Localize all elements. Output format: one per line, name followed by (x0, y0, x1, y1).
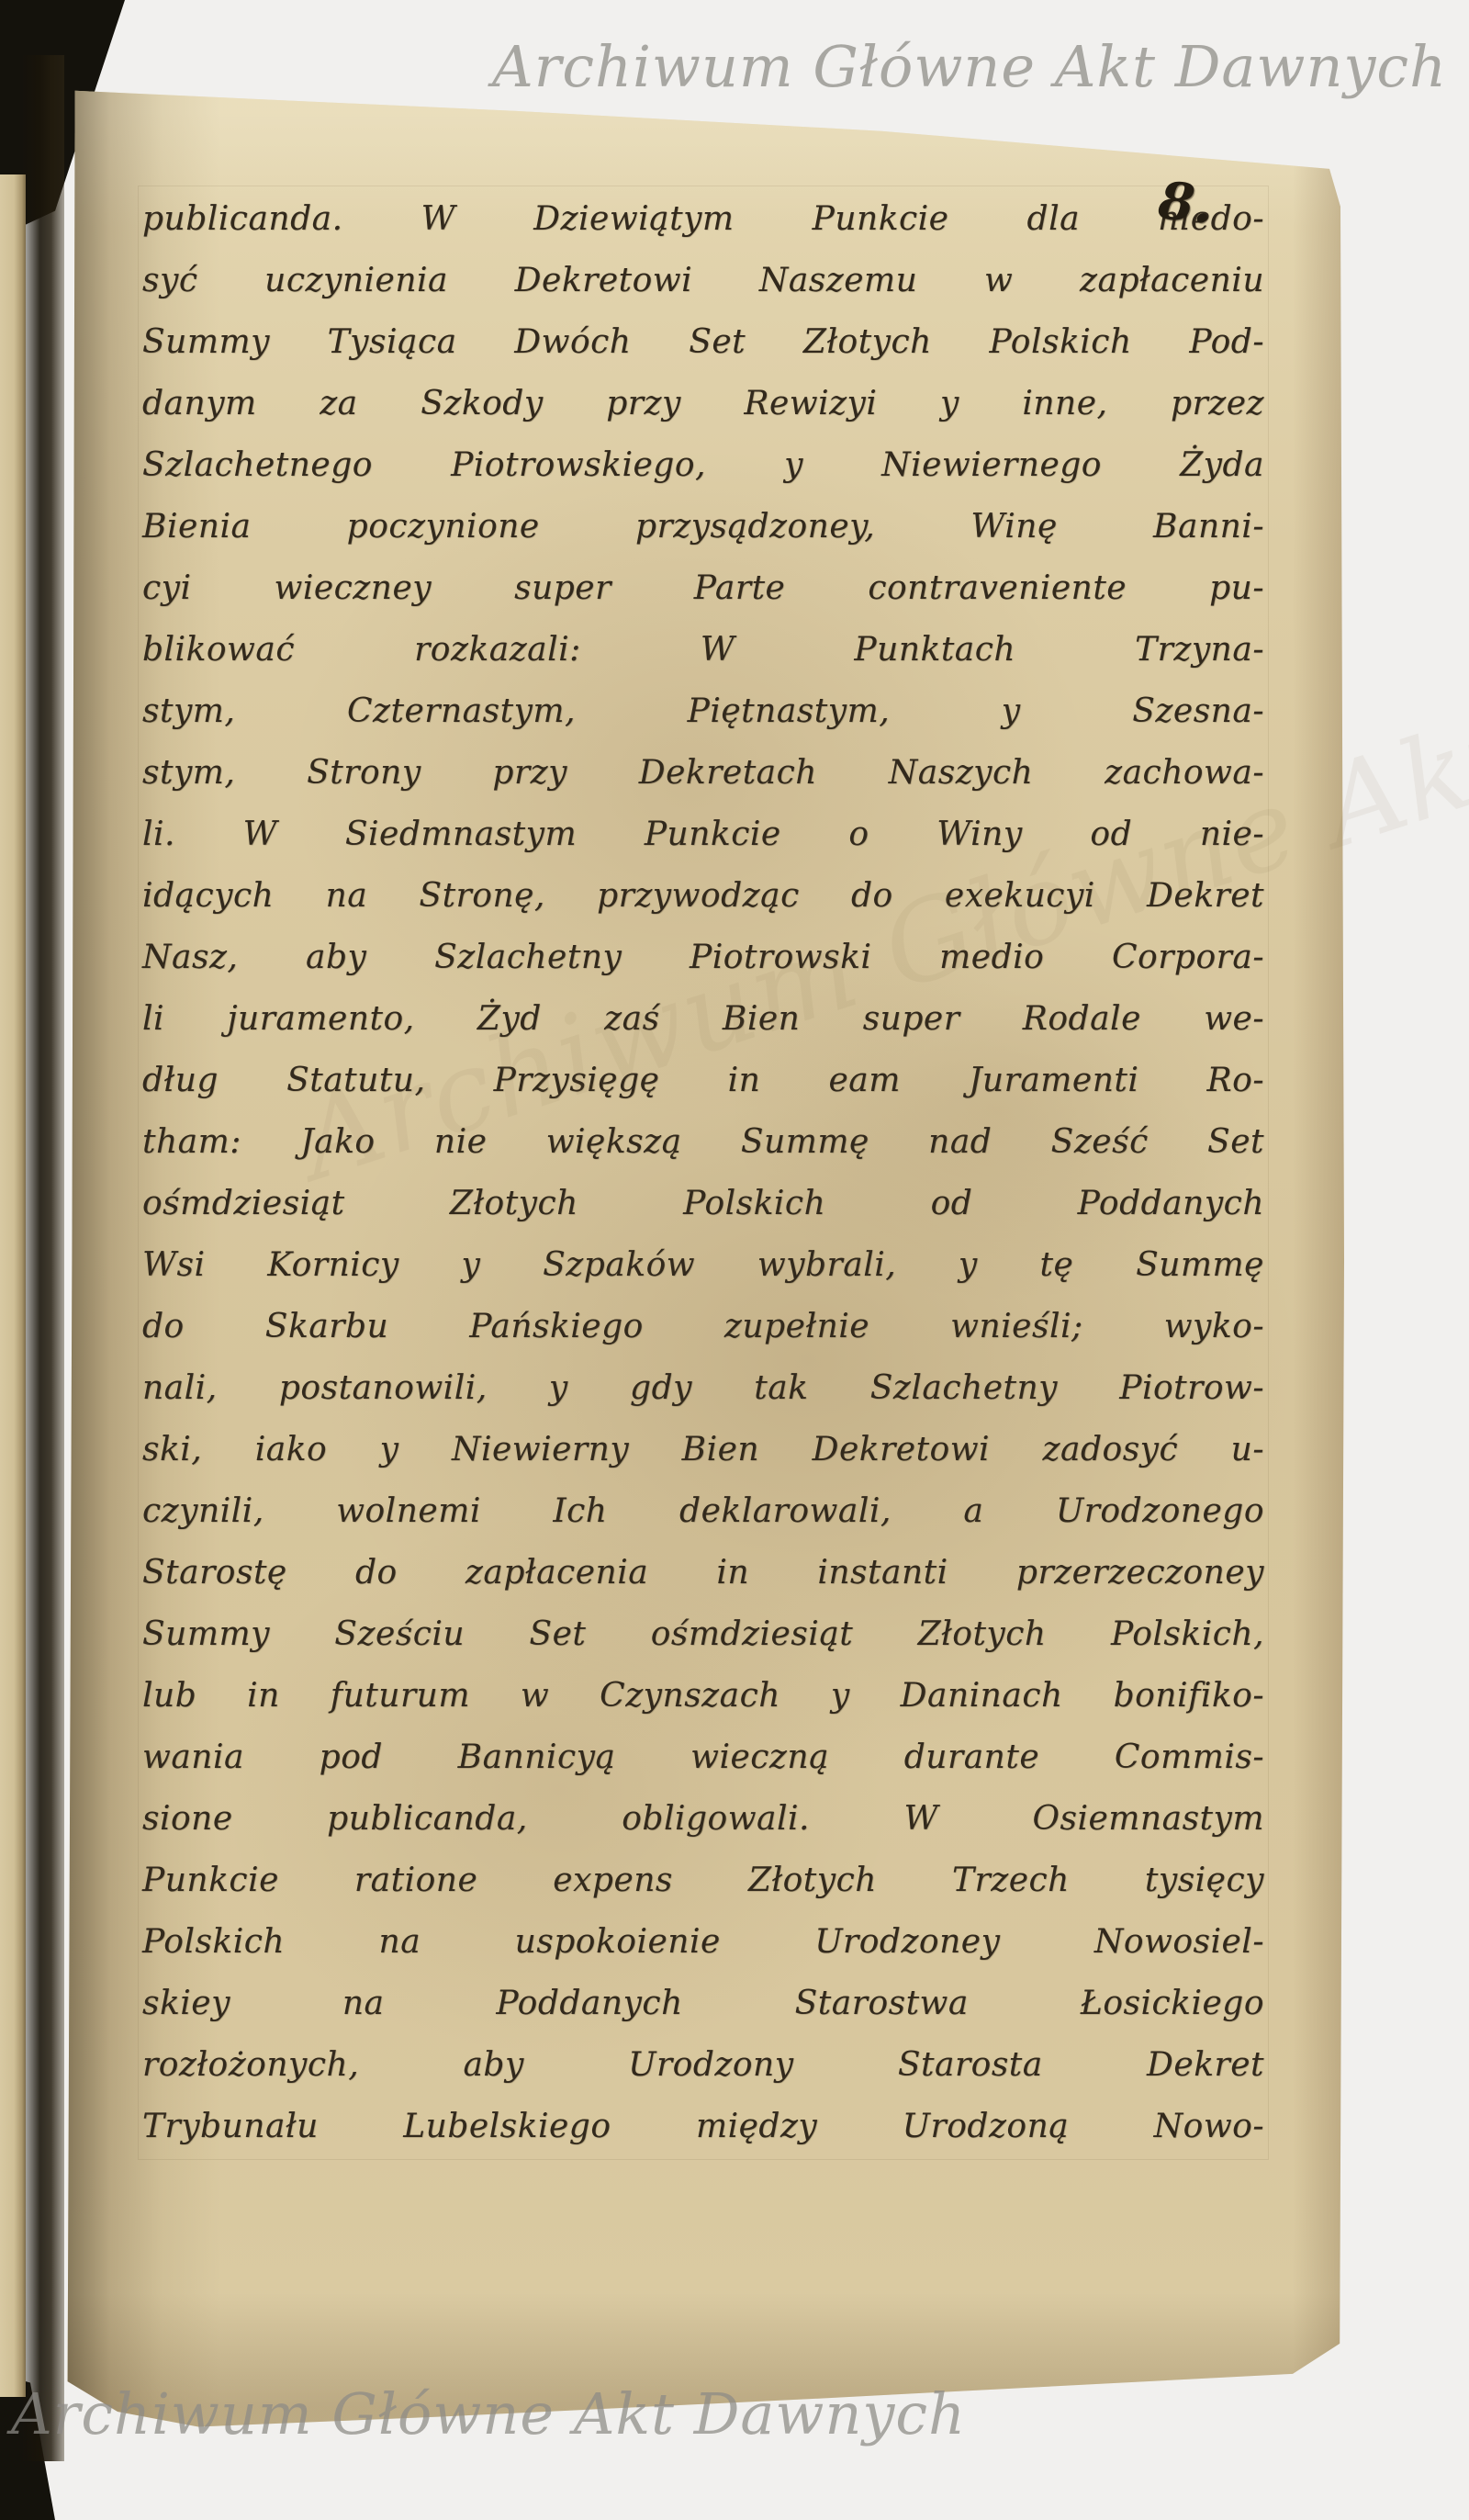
text-line: Starostę do zapłacenia in instanti przer… (142, 1542, 1264, 1603)
scanned-manuscript-viewport: publicanda. W Dziewiątym Punkcie dla nie… (0, 0, 1469, 2520)
page-number: 8. (1156, 170, 1216, 236)
text-line: Wsi Kornicy y Szpaków wybrali, y tę Summ… (142, 1234, 1264, 1296)
text-line: stym, Czternastym, Piętnastym, y Szesna- (142, 681, 1264, 742)
archive-watermark-top: Archiwum Główne Akt Dawnych (492, 33, 1447, 100)
text-line: Polskich na uspokoienie Urodzoney Nowosi… (142, 1911, 1264, 1973)
text-line: nali, postanowili, y gdy tak Szlachetny … (142, 1357, 1264, 1419)
text-line: cyi wieczney super Parte contraveniente … (142, 557, 1264, 619)
text-line: skiey na Poddanych Starostwa Łosickiego (142, 1973, 1264, 2034)
text-line: Trybunału Lubelskiego między Urodzoną No… (142, 2096, 1264, 2157)
text-line: syć uczynienia Dekretowi Naszemu w zapła… (142, 250, 1264, 311)
text-line: stym, Strony przy Dekretach Naszych zach… (142, 742, 1264, 804)
text-line: do Skarbu Pańskiego zupełnie wnieśli; wy… (142, 1296, 1264, 1357)
text-line: lub in futurum w Czynszach y Daninach bo… (142, 1665, 1264, 1727)
text-line: sione publicanda, obligowali. W Osiemnas… (142, 1788, 1264, 1850)
text-line: ośmdziesiąt Złotych Polskich od Poddanyc… (142, 1173, 1264, 1234)
text-line: ski, iako y Niewierny Bien Dekretowi zad… (142, 1419, 1264, 1480)
text-line: rozłożonych, aby Urodzony Starosta Dekre… (142, 2034, 1264, 2096)
text-line: blikować rozkazali: W Punktach Trzyna- (142, 619, 1264, 681)
text-line: Szlachetnego Piotrowskiego, y Niewierneg… (142, 434, 1264, 496)
text-line: Summy Sześciu Set ośmdziesiąt Złotych Po… (142, 1603, 1264, 1665)
text-line: czynili, wolnemi Ich deklarowali, a Urod… (142, 1480, 1264, 1542)
archive-watermark-bottom: Archiwum Główne Akt Dawnych (11, 2380, 966, 2447)
text-line: publicanda. W Dziewiątym Punkcie dla nie… (142, 188, 1264, 250)
text-line: Summy Tysiąca Dwóch Set Złotych Polskich… (142, 311, 1264, 373)
handwritten-text-block: publicanda. W Dziewiątym Punkcie dla nie… (138, 186, 1269, 2160)
text-line: wania pod Bannicyą wieczną durante Commi… (142, 1727, 1264, 1788)
text-line: Bienia poczynione przysądzoney, Winę Ban… (142, 496, 1264, 557)
text-line: danym za Szkody przy Rewizyi y inne, prz… (142, 373, 1264, 434)
book-gutter-shadow (20, 55, 64, 2461)
previous-page-edge (0, 174, 26, 2397)
text-line: Punkcie ratione expens Złotych Trzech ty… (142, 1850, 1264, 1911)
